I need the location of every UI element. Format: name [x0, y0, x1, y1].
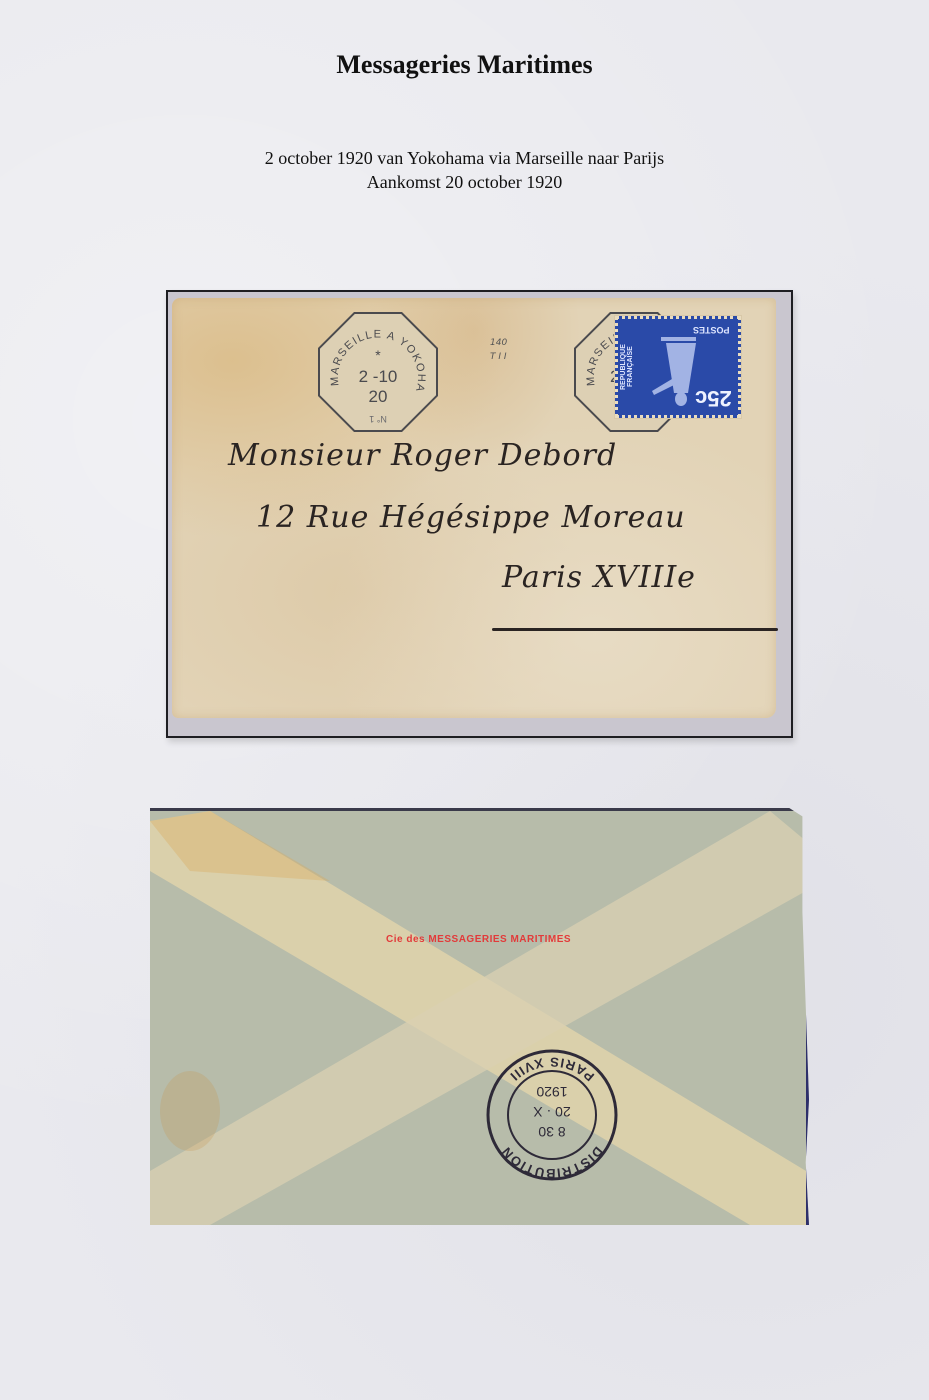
stamp-label: POSTES — [693, 325, 730, 335]
svg-text:20 · X: 20 · X — [533, 1104, 571, 1120]
postmark-year: 20 — [369, 387, 388, 406]
address-line-3: Paris XVIIIe — [502, 560, 696, 595]
postmark-bottom: N° 1 — [369, 414, 387, 424]
address-underline — [492, 628, 778, 631]
route-description: 2 october 1920 van Yokohama via Marseill… — [0, 146, 929, 170]
envelope-flaps — [150, 811, 806, 1225]
octagonal-postmark: MARSEILLE A YOKOHAMA * 2 -10 20 N° 1 — [318, 312, 438, 432]
postmark-star: * — [375, 347, 381, 363]
svg-text:DISTRIBUTION: DISTRIBUTION — [498, 1144, 606, 1181]
page-title: Messageries Maritimes — [0, 50, 929, 80]
svg-text:1920: 1920 — [536, 1084, 567, 1100]
address-line-2: 12 Rue Hégésippe Moreau — [256, 500, 686, 535]
address-line-1: Monsieur Roger Debord — [228, 438, 617, 473]
arrival-description: Aankomst 20 october 1920 — [0, 170, 929, 194]
stamp-country: REPUBLIQUE FRANÇAISE — [620, 325, 634, 409]
pencil-note-1: 140 — [490, 338, 507, 348]
pencil-note-2: T I I — [490, 352, 507, 362]
postmark-date: 2 -10 — [359, 367, 398, 386]
cover-front-mount: MARSEILLE A YOKOHAMA * 2 -10 20 N° 1 MAR… — [166, 290, 793, 738]
stamp-value: 25c — [695, 385, 732, 411]
envelope-back: Cie des MESSAGERIES MARITIMES DISTRIBUTI… — [150, 808, 809, 1225]
round-arrival-postmark: DISTRIBUTION PARIS XVIII 8 30 20 · X 192… — [482, 1045, 622, 1185]
postage-stamp-25c: REPUBLIQUE FRANÇAISE POSTES 25c — [615, 316, 741, 418]
svg-text:8 30: 8 30 — [538, 1124, 565, 1140]
company-imprint: Cie des MESSAGERIES MARITIMES — [386, 934, 571, 945]
envelope-front: MARSEILLE A YOKOHAMA * 2 -10 20 N° 1 MAR… — [172, 298, 776, 718]
